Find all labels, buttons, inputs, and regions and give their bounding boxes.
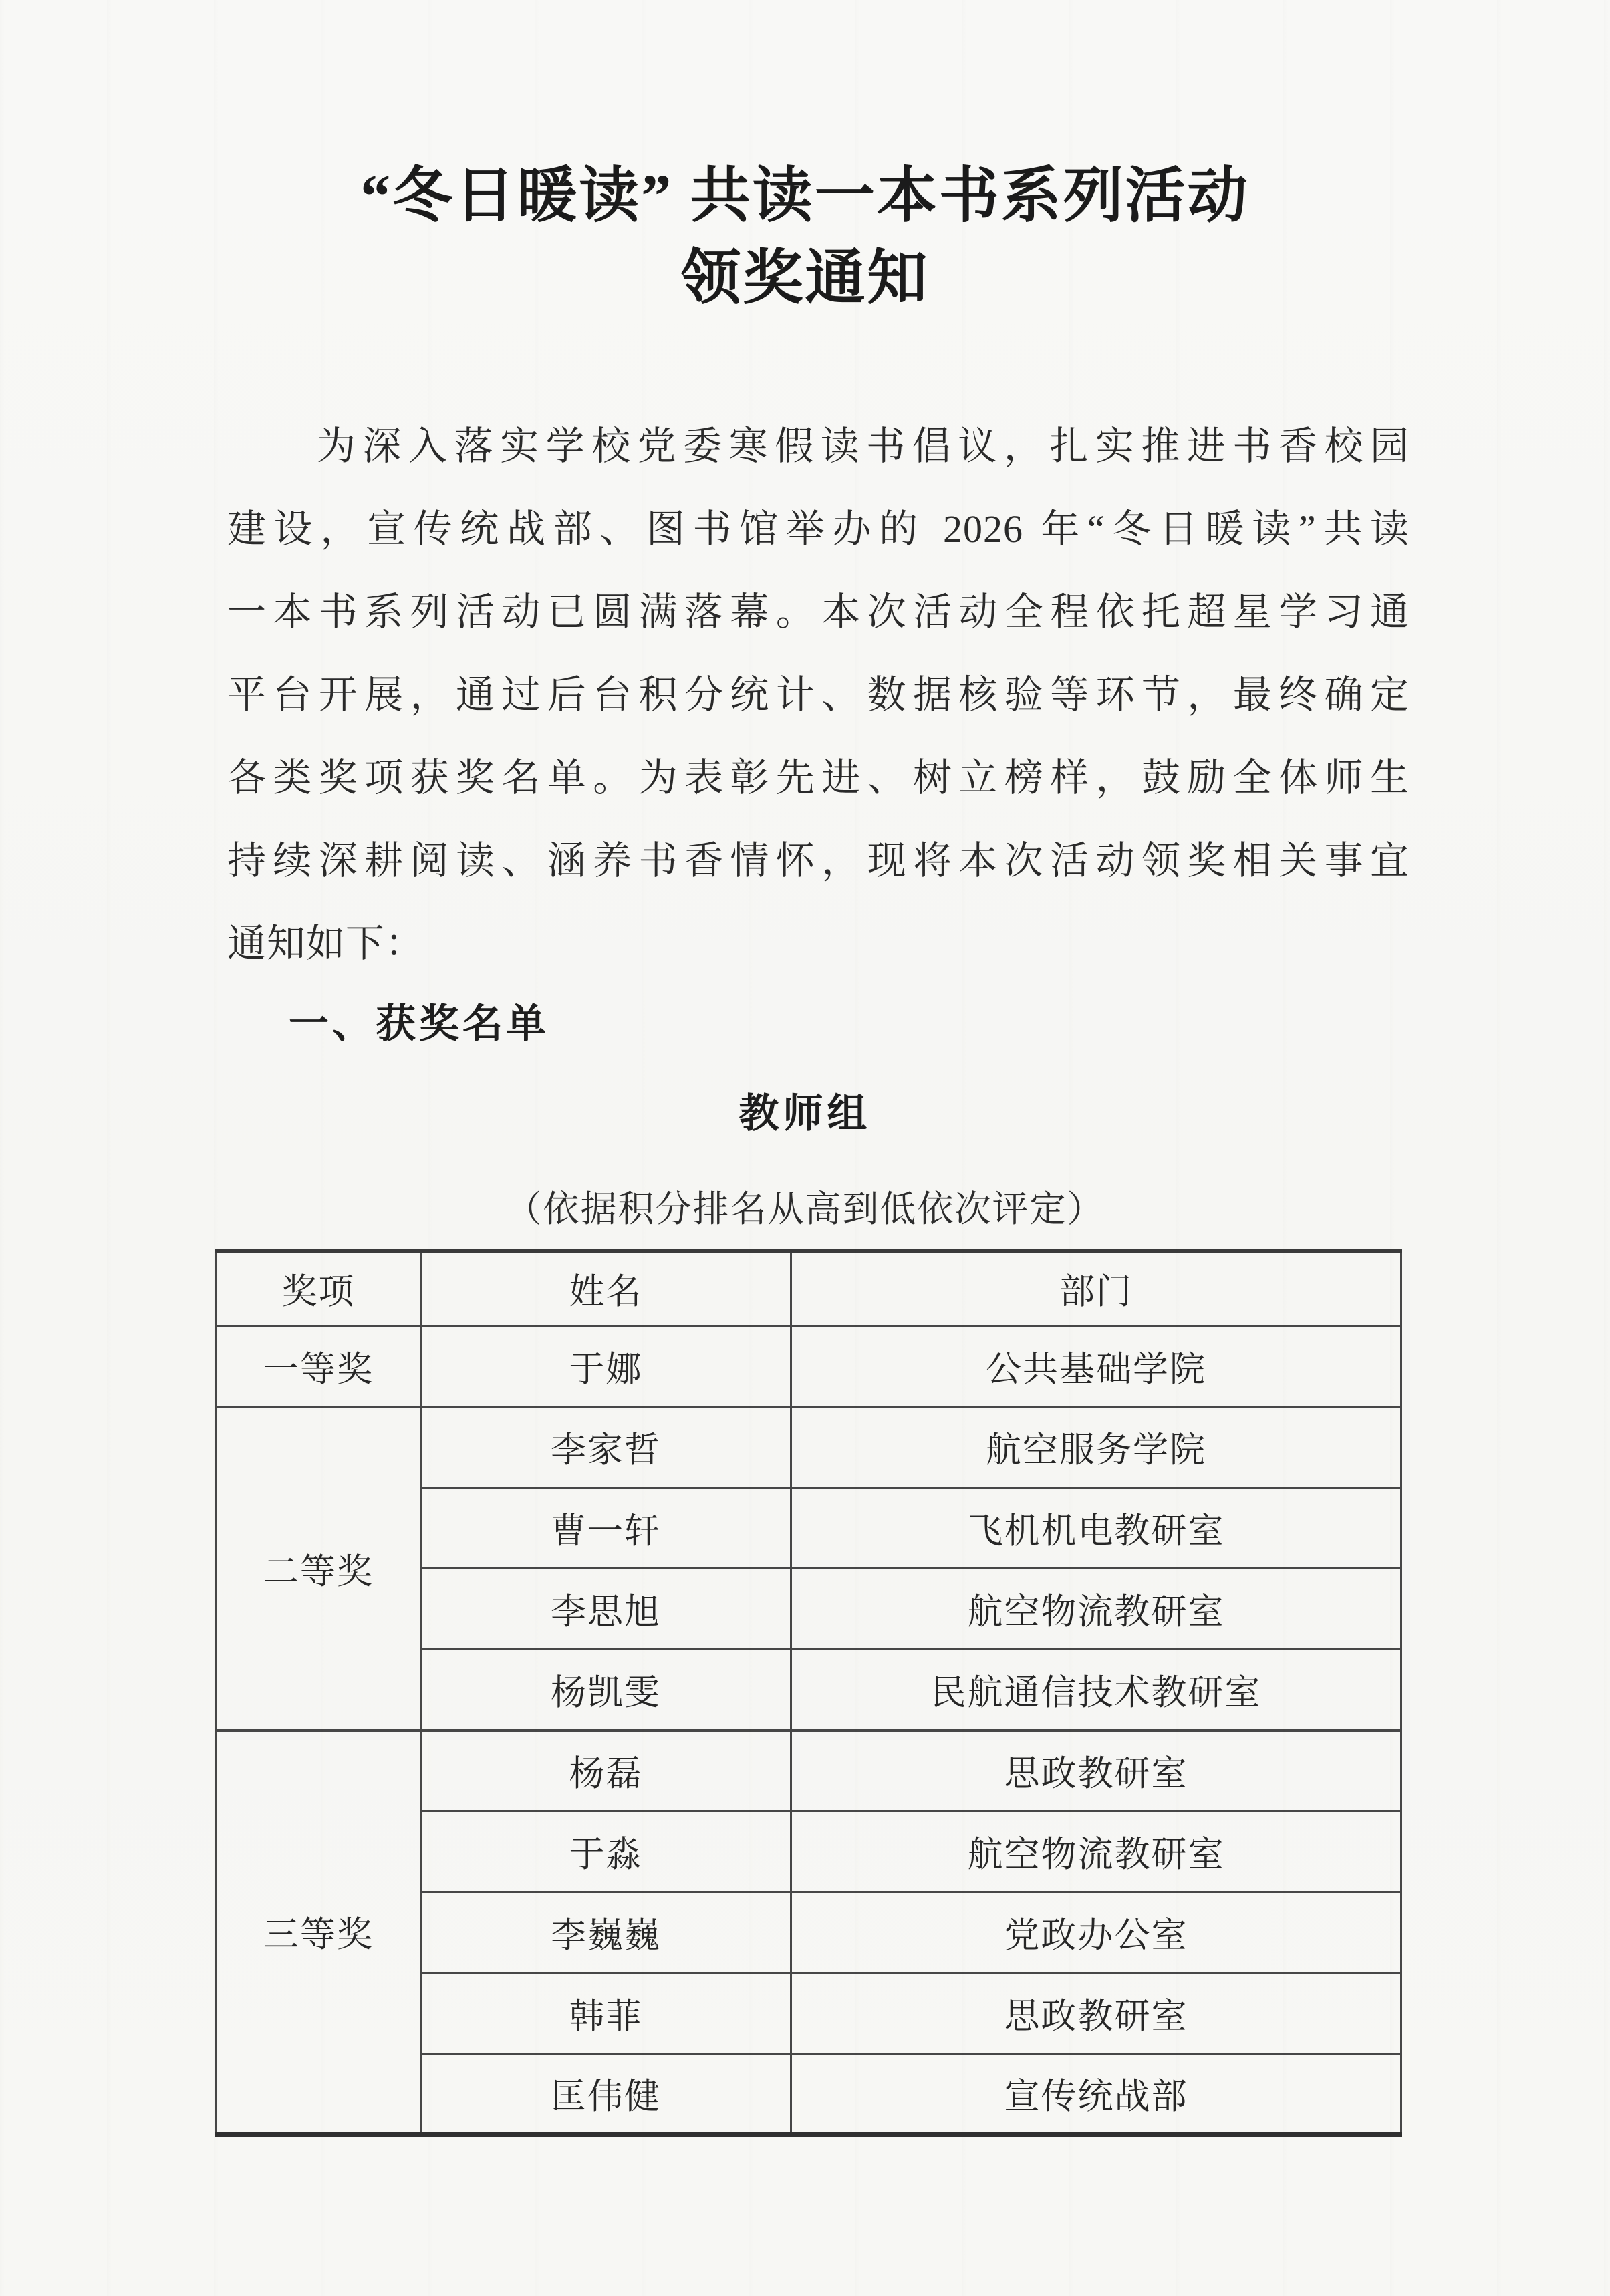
- body-line: 平台开展，通过后台积分统计、数据核验等环节，最终确定: [227, 654, 1410, 737]
- winner-name-cell: 杨磊: [421, 1731, 791, 1811]
- winner-name-cell: 匡伟健: [421, 2054, 791, 2135]
- scanned-notice-page: “冬日暖读” 共读一本书系列活动 领奖通知 为深入落实学校党委寒假读书倡议，扎实…: [0, 0, 1610, 2296]
- section-heading-award-list: 一、获奖名单: [289, 992, 1610, 1049]
- notice-body-paragraph: 为深入落实学校党委寒假读书倡议，扎实推进书香校园 建设，宣传统战部、图书馆举办的…: [227, 405, 1410, 985]
- winner-dept-cell: 思政教研室: [791, 1731, 1401, 1811]
- body-line: 为深入落实学校党委寒假读书倡议，扎实推进书香校园: [227, 405, 1410, 488]
- winner-dept-cell: 民航通信技术教研室: [791, 1650, 1401, 1731]
- col-header-name: 姓名: [421, 1251, 791, 1326]
- winner-dept-cell: 航空物流教研室: [791, 1811, 1401, 1892]
- winner-name-cell: 李家哲: [421, 1407, 791, 1488]
- winner-name-cell: 杨凯雯: [421, 1650, 791, 1731]
- winner-dept-cell: 公共基础学院: [791, 1326, 1401, 1407]
- winner-dept-cell: 党政办公室: [791, 1892, 1401, 1973]
- col-header-department: 部门: [791, 1251, 1401, 1326]
- document-title: “冬日暖读” 共读一本书系列活动 领奖通知: [0, 155, 1610, 320]
- group-note-ranking-rule: （依据积分排名从高到低依次评定）: [0, 1180, 1610, 1232]
- body-line: 持续深耕阅读、涵养书香情怀，现将本次活动领奖相关事宜: [227, 819, 1410, 902]
- body-line: 通知如下：: [227, 902, 1410, 985]
- title-line-2: 领奖通知: [0, 237, 1610, 320]
- winner-name-cell: 李巍巍: [421, 1892, 791, 1973]
- winner-name-cell: 韩菲: [421, 1973, 791, 2054]
- winner-dept-cell: 思政教研室: [791, 1973, 1401, 2054]
- winner-name-cell: 李思旭: [421, 1569, 791, 1650]
- group-heading-teachers: 教师组: [0, 1081, 1610, 1139]
- table-header-row: 奖项 姓名 部门: [217, 1251, 1401, 1326]
- winner-name-cell: 于娜: [421, 1326, 791, 1407]
- award-tier-cell: 三等奖: [217, 1731, 421, 2135]
- body-line: 建设，宣传统战部、图书馆举办的 2026 年“冬日暖读”共读: [227, 488, 1410, 571]
- winner-dept-cell: 航空服务学院: [791, 1407, 1401, 1488]
- winner-row: 二等奖 李家哲 航空服务学院: [217, 1407, 1401, 1488]
- body-line: 各类奖项获奖名单。为表彰先进、树立榜样，鼓励全体师生: [227, 737, 1410, 819]
- winner-name-cell: 曹一轩: [421, 1488, 791, 1569]
- col-header-award: 奖项: [217, 1251, 421, 1326]
- winner-row: 一等奖 于娜 公共基础学院: [217, 1326, 1401, 1407]
- award-tier-cell: 一等奖: [217, 1326, 421, 1407]
- awards-table: 奖项 姓名 部门 一等奖 于娜 公共基础学院 二等奖 李家哲 航空服务学院 曹一…: [215, 1249, 1402, 2137]
- winner-dept-cell: 宣传统战部: [791, 2054, 1401, 2135]
- title-line-1: “冬日暖读” 共读一本书系列活动: [0, 155, 1610, 237]
- award-tier-cell: 二等奖: [217, 1407, 421, 1731]
- body-line: 一本书系列活动已圆满落幕。本次活动全程依托超星学习通: [227, 571, 1410, 654]
- winner-row: 三等奖 杨磊 思政教研室: [217, 1731, 1401, 1811]
- winner-dept-cell: 航空物流教研室: [791, 1569, 1401, 1650]
- winner-dept-cell: 飞机机电教研室: [791, 1488, 1401, 1569]
- winner-name-cell: 于淼: [421, 1811, 791, 1892]
